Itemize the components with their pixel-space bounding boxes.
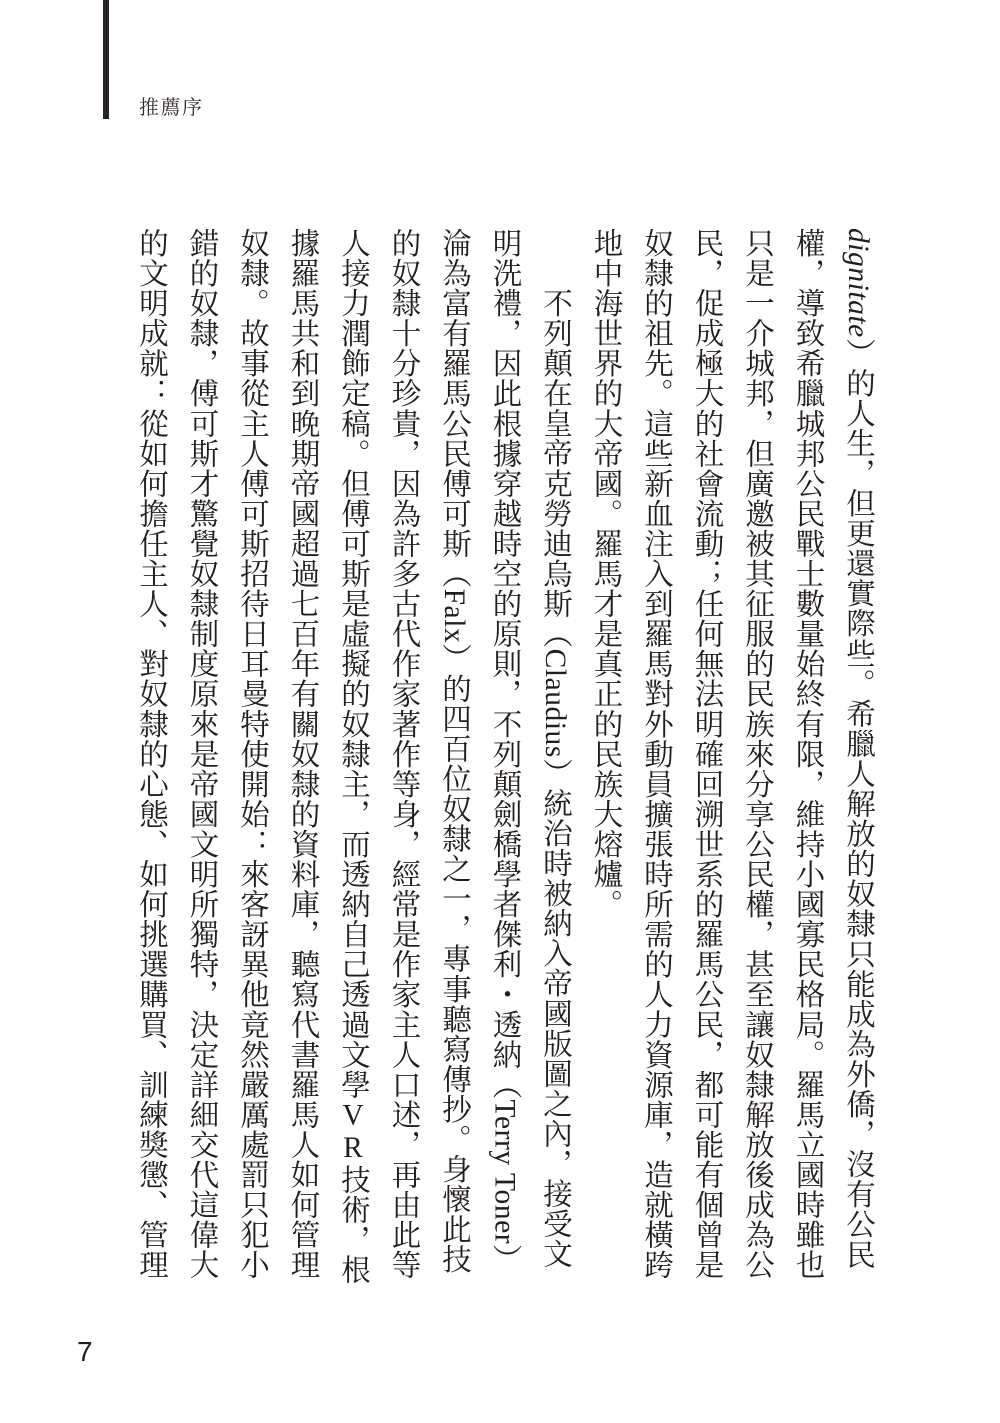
upright-latin-vr: VR xyxy=(337,1099,369,1164)
paragraph-1-text: ）的人生，但更還實際些。希臘人解放的奴隸只能成為外僑，沒有公民權，導致希臘城邦公… xyxy=(590,228,875,1280)
main-text-block: dignitate）的人生，但更還實際些。希臘人解放的奴隸只能成為外僑，沒有公民… xyxy=(126,228,884,1286)
paragraph-2-text-a: 不列顛在皇帝克勞迪烏斯（Claudius）統治時被納入帝國版圖之內，接受文明洗禮… xyxy=(337,228,571,1280)
paragraph-1: dignitate）的人生，但更還實際些。希臘人解放的奴隸只能成為外僑，沒有公民… xyxy=(580,228,883,1286)
page-number: 7 xyxy=(77,1336,93,1368)
paragraph-2-text-b: 技術，根據羅馬共和到晚期帝國超過七百年有關奴隸的資料庫，聽寫代書羅馬人如何管理奴… xyxy=(135,228,369,1285)
chapter-marker-bar xyxy=(103,0,109,119)
book-page: 推薦序 dignitate）的人生，但更還實際些。希臘人解放的奴隸只能成為外僑，… xyxy=(0,0,1000,1423)
running-head: 推薦序 xyxy=(139,91,204,120)
latin-italic-term: dignitate xyxy=(842,228,874,338)
paragraph-2: 不列顛在皇帝克勞迪烏斯（Claudius）統治時被納入帝國版圖之內，接受文明洗禮… xyxy=(126,228,581,1286)
